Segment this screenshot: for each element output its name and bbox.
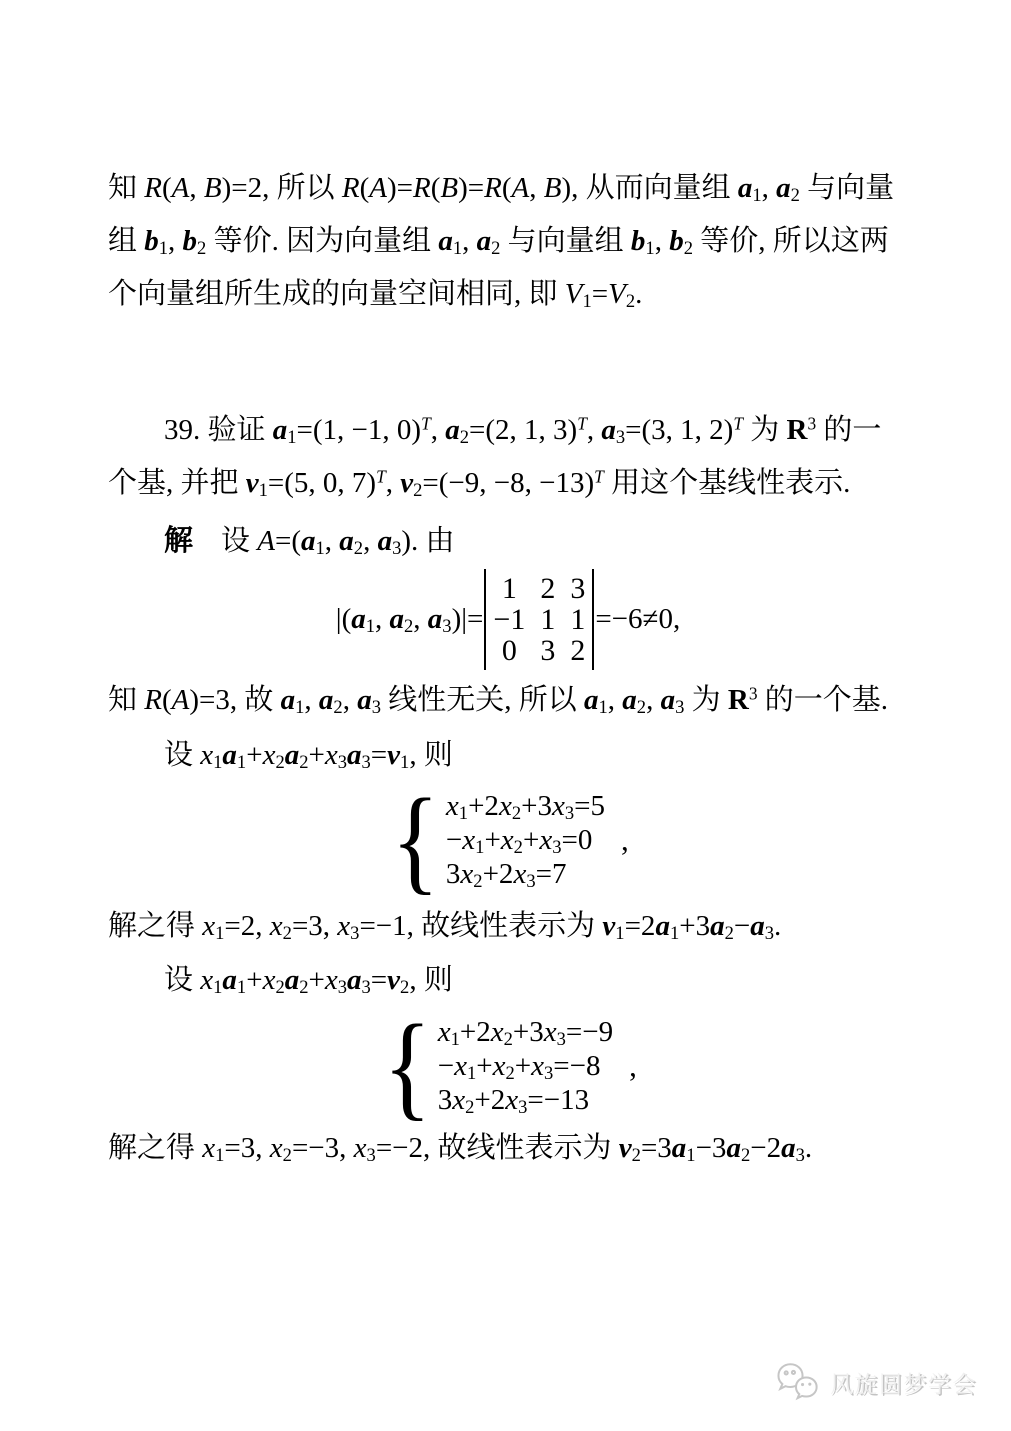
rank-conclusion-line: 知 R(A)=3, 故 a1, a2, a3 线性无关, 所以 a1, a2, … [108,674,908,727]
substitution-v2-line: 设 x1a1+x2a2+x3a3=v2, 则 [108,954,908,1007]
equation-lines: x1+2x2+3x3=−9 −x1+x2+x3=−8 3x2+2x3=−13 [438,1015,613,1117]
solve-v2-line: 解之得 x1=3, x2=−3, x3=−2, 故线性表示为 v2=3a1−3a… [108,1122,908,1175]
equation-lines: x1+2x2+3x3=5 −x1+x2+x3=0 3x2+2x3=7 [446,789,605,891]
determinant-rhs: =−6≠0, [595,603,680,636]
equation-line: 3x2+2x3=7 [446,857,605,891]
document-page: 知 R(A, B)=2, 所以 R(A)=R(B)=R(A, B), 从而向量组… [0,0,1011,1431]
wechat-icon [776,1362,820,1402]
trailing-comma: , [621,822,629,858]
matrix-cell: 2 [540,573,555,604]
text-line: 个基, 并把 v1=(5, 0, 7)T, v2=(−9, −8, −13)T … [108,457,908,510]
determinant-matrix: 1 2 3 −1 1 1 0 3 2 [484,569,594,670]
substitution-v1-line: 设 x1a1+x2a2+x3a3=v1, 则 [108,729,908,782]
equation-line: x1+2x2+3x3=5 [446,789,605,823]
matrix-cell: 3 [570,573,585,604]
matrix-cell: −1 [493,604,525,635]
text-line: 解之得 x1=2, x2=3, x3=−1, 故线性表示为 v1=2a1+3a2… [108,900,908,953]
determinant-lhs: |(a1, a2, a3)|= [336,603,484,636]
setup-text: 设 A=(a1, a2, a3). 由 [221,525,455,557]
paragraph-equivalence: 知 R(A, B)=2, 所以 R(A)=R(B)=R(A, B), 从而向量组… [108,162,908,321]
problem-39-statement: 39. 验证 a1=(1, −1, 0)T, a2=(2, 1, 3)T, a3… [108,404,908,510]
text-line: 解之得 x1=3, x2=−3, x3=−2, 故线性表示为 v2=3a1−3a… [108,1122,908,1175]
matrix-cell: 1 [540,604,555,635]
solution-setup-line: 解设 A=(a1, a2, a3). 由 [108,515,908,568]
trailing-comma: , [629,1048,637,1084]
text-line: 解设 A=(a1, a2, a3). 由 [108,515,908,568]
equation-line: 3x2+2x3=−13 [438,1083,613,1117]
matrix-cell: 3 [540,635,555,666]
text-line: 组 b1, b2 等价. 因为向量组 a1, a2 与向量组 b1, b2 等价… [108,215,908,268]
text-line: 知 R(A)=3, 故 a1, a2, a3 线性无关, 所以 a1, a2, … [108,674,908,727]
watermark: 风旋圆梦学会 [776,1361,977,1403]
watermark-text: 风旋圆梦学会 [830,1366,977,1399]
solve-v1-line: 解之得 x1=2, x2=3, x3=−1, 故线性表示为 v1=2a1+3a2… [108,900,908,953]
matrix-cell: 2 [570,635,585,666]
equation-line: −x1+x2+x3=0 [446,823,605,857]
text-line: 知 R(A, B)=2, 所以 R(A)=R(B)=R(A, B), 从而向量组… [108,162,908,215]
matrix-cell: 1 [493,573,525,604]
left-brace-icon: { [383,1016,431,1116]
left-brace-icon: { [392,790,440,890]
equation-system-v2: { x1+2x2+3x3=−9 −x1+x2+x3=−8 3x2+2x3=−13… [108,1008,908,1124]
text-line: 39. 验证 a1=(1, −1, 0)T, a2=(2, 1, 3)T, a3… [108,404,908,457]
solution-label: 解 [164,525,193,557]
determinant-formula: |(a1, a2, a3)|= 1 2 3 −1 1 1 0 3 2 =−6≠0… [108,563,908,675]
equation-line: x1+2x2+3x3=−9 [438,1015,613,1049]
equation-system-v1: { x1+2x2+3x3=5 −x1+x2+x3=0 3x2+2x3=7 , [108,784,908,896]
equation-line: −x1+x2+x3=−8 [438,1049,613,1083]
matrix-cell: 1 [570,604,585,635]
text-line: 设 x1a1+x2a2+x3a3=v2, 则 [108,954,908,1007]
text-line: 个向量组所生成的向量空间相同, 即 V1=V2. [108,268,908,321]
text-line: 设 x1a1+x2a2+x3a3=v1, 则 [108,729,908,782]
matrix-cell: 0 [493,635,525,666]
